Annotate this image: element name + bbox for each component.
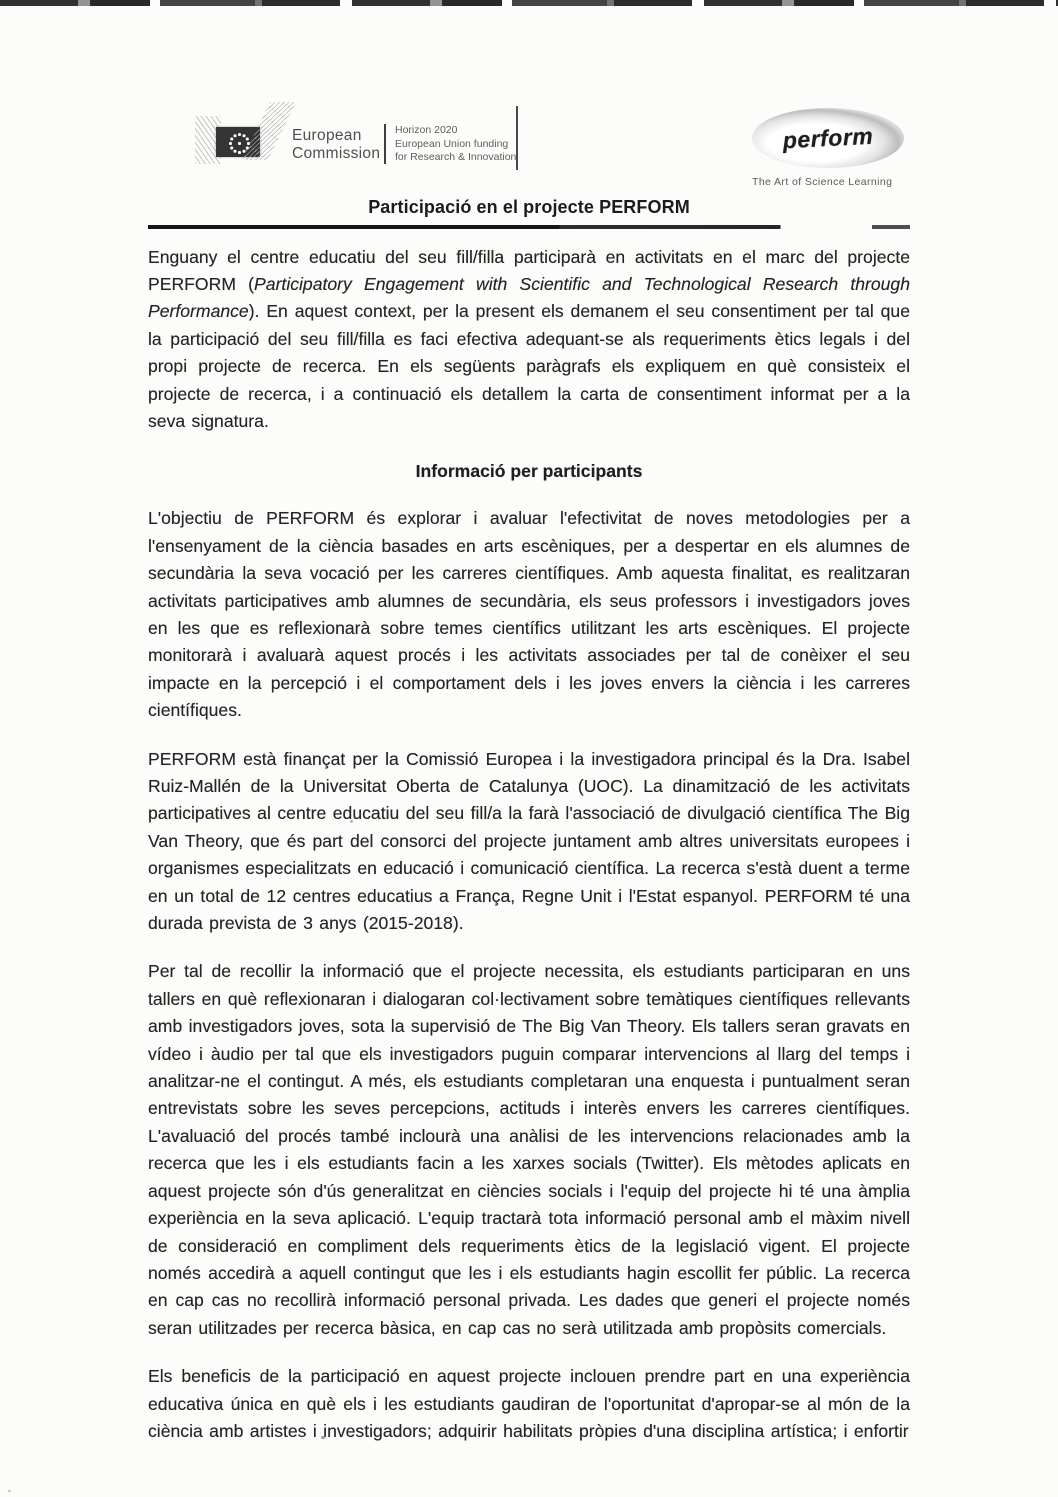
- ec-logotype-line2: Commission: [292, 145, 380, 163]
- european-commission-logotype: European Commission: [292, 127, 380, 163]
- page-title: Participació en el projecte PERFORM: [148, 197, 910, 218]
- scan-speck: [8, 1490, 11, 1492]
- scan-speck: [321, 1436, 325, 1439]
- document-header: European Commission Horizon 2020 Europea…: [150, 100, 910, 200]
- paragraph-objective: L'objectiu de PERFORM és explorar i aval…: [148, 505, 910, 724]
- paragraph-intro-post: ). En aquest context, per la present els…: [148, 301, 910, 431]
- title-rule: [148, 225, 910, 229]
- header-end-rule: [516, 106, 518, 170]
- perform-logo-oval: perform: [752, 108, 904, 168]
- paragraph-data-collection: Per tal de recollir la informació que el…: [148, 958, 910, 1342]
- paragraph-funding: PERFORM està finançat per la Comissió Eu…: [148, 746, 910, 938]
- header-divider: [384, 124, 386, 164]
- perform-logo: perform The Art of Science Learning: [752, 108, 910, 188]
- ec-logotype-line1: European: [292, 127, 380, 145]
- horizon-2020-label: Horizon 2020 European Union funding for …: [395, 124, 516, 165]
- paragraph-benefits: Els beneficis de la participació en aque…: [148, 1363, 910, 1445]
- perform-wordmark: perform: [752, 108, 904, 168]
- horizon-line1: Horizon 2020: [395, 124, 516, 138]
- scan-speck: [350, 820, 353, 823]
- paragraph-intro: Enguany el centre educatiu del seu fill/…: [148, 244, 910, 436]
- eu-stars-icon: [238, 142, 241, 145]
- horizon-line3: for Research & Innovation: [395, 151, 516, 165]
- horizon-line2: European Union funding: [395, 138, 516, 152]
- perform-tagline: The Art of Science Learning: [752, 176, 910, 188]
- section-heading-participants: Informació per participants: [148, 461, 910, 482]
- scanner-edge-artifact: [0, 0, 1058, 6]
- document-body: Participació en el projecte PERFORM Engu…: [148, 197, 910, 1445]
- scanned-document-page: European Commission Horizon 2020 Europea…: [0, 0, 1058, 1497]
